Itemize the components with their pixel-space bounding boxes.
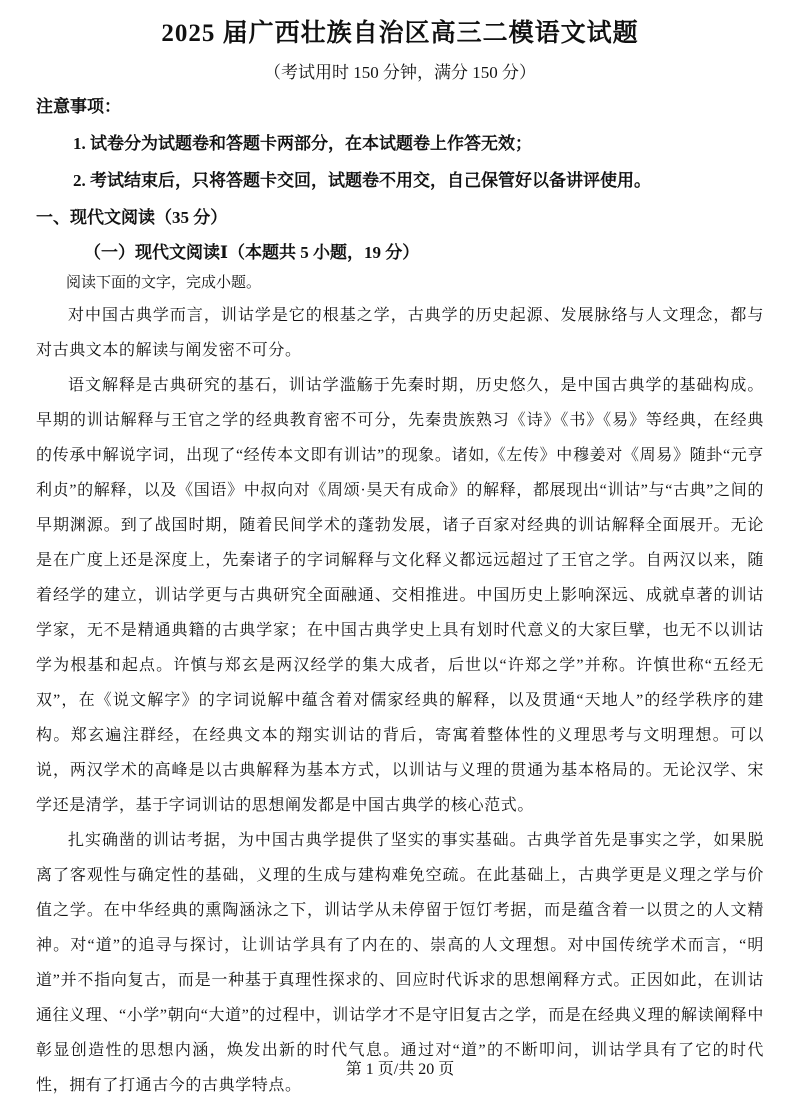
reading-passage: 对中国古典学而言，训诂学是它的根基之学，古典学的历史起源、发展脉络与人文理念，都…: [36, 298, 764, 1103]
notice-item-2: 2. 考试结束后，只将答题卡交回，试题卷不用交，自己保管好以备讲评使用。: [36, 170, 764, 192]
passage-paragraph-2: 语文解释是古典研究的基石，训诂学滥觞于先秦时期，历史悠久，是中国古典学的基础构成…: [36, 368, 764, 823]
page-number: 第 1 页/共 20 页: [0, 1060, 800, 1080]
notice-heading: 注意事项：: [36, 96, 764, 118]
exam-duration-info: （考试用时 150 分钟，满分 150 分）: [36, 62, 764, 84]
reading-instruction: 阅读下面的文字，完成小题。: [36, 273, 764, 293]
passage-paragraph-1: 对中国古典学而言，训诂学是它的根基之学，古典学的历史起源、发展脉络与人文理念，都…: [36, 298, 764, 368]
section-heading-modern-reading: 一、现代文阅读（35 分）: [36, 207, 764, 229]
subsection-heading-reading-1: （一）现代文阅读Ⅰ（本题共 5 小题，19 分）: [36, 242, 764, 264]
page-title: 2025 届广西壮族自治区高三二模语文试题: [36, 18, 764, 50]
exam-paper-page: 2025 届广西壮族自治区高三二模语文试题 （考试用时 150 分钟，满分 15…: [0, 0, 800, 1108]
notice-item-1: 1. 试卷分为试题卷和答题卡两部分，在本试题卷上作答无效；: [36, 133, 764, 155]
